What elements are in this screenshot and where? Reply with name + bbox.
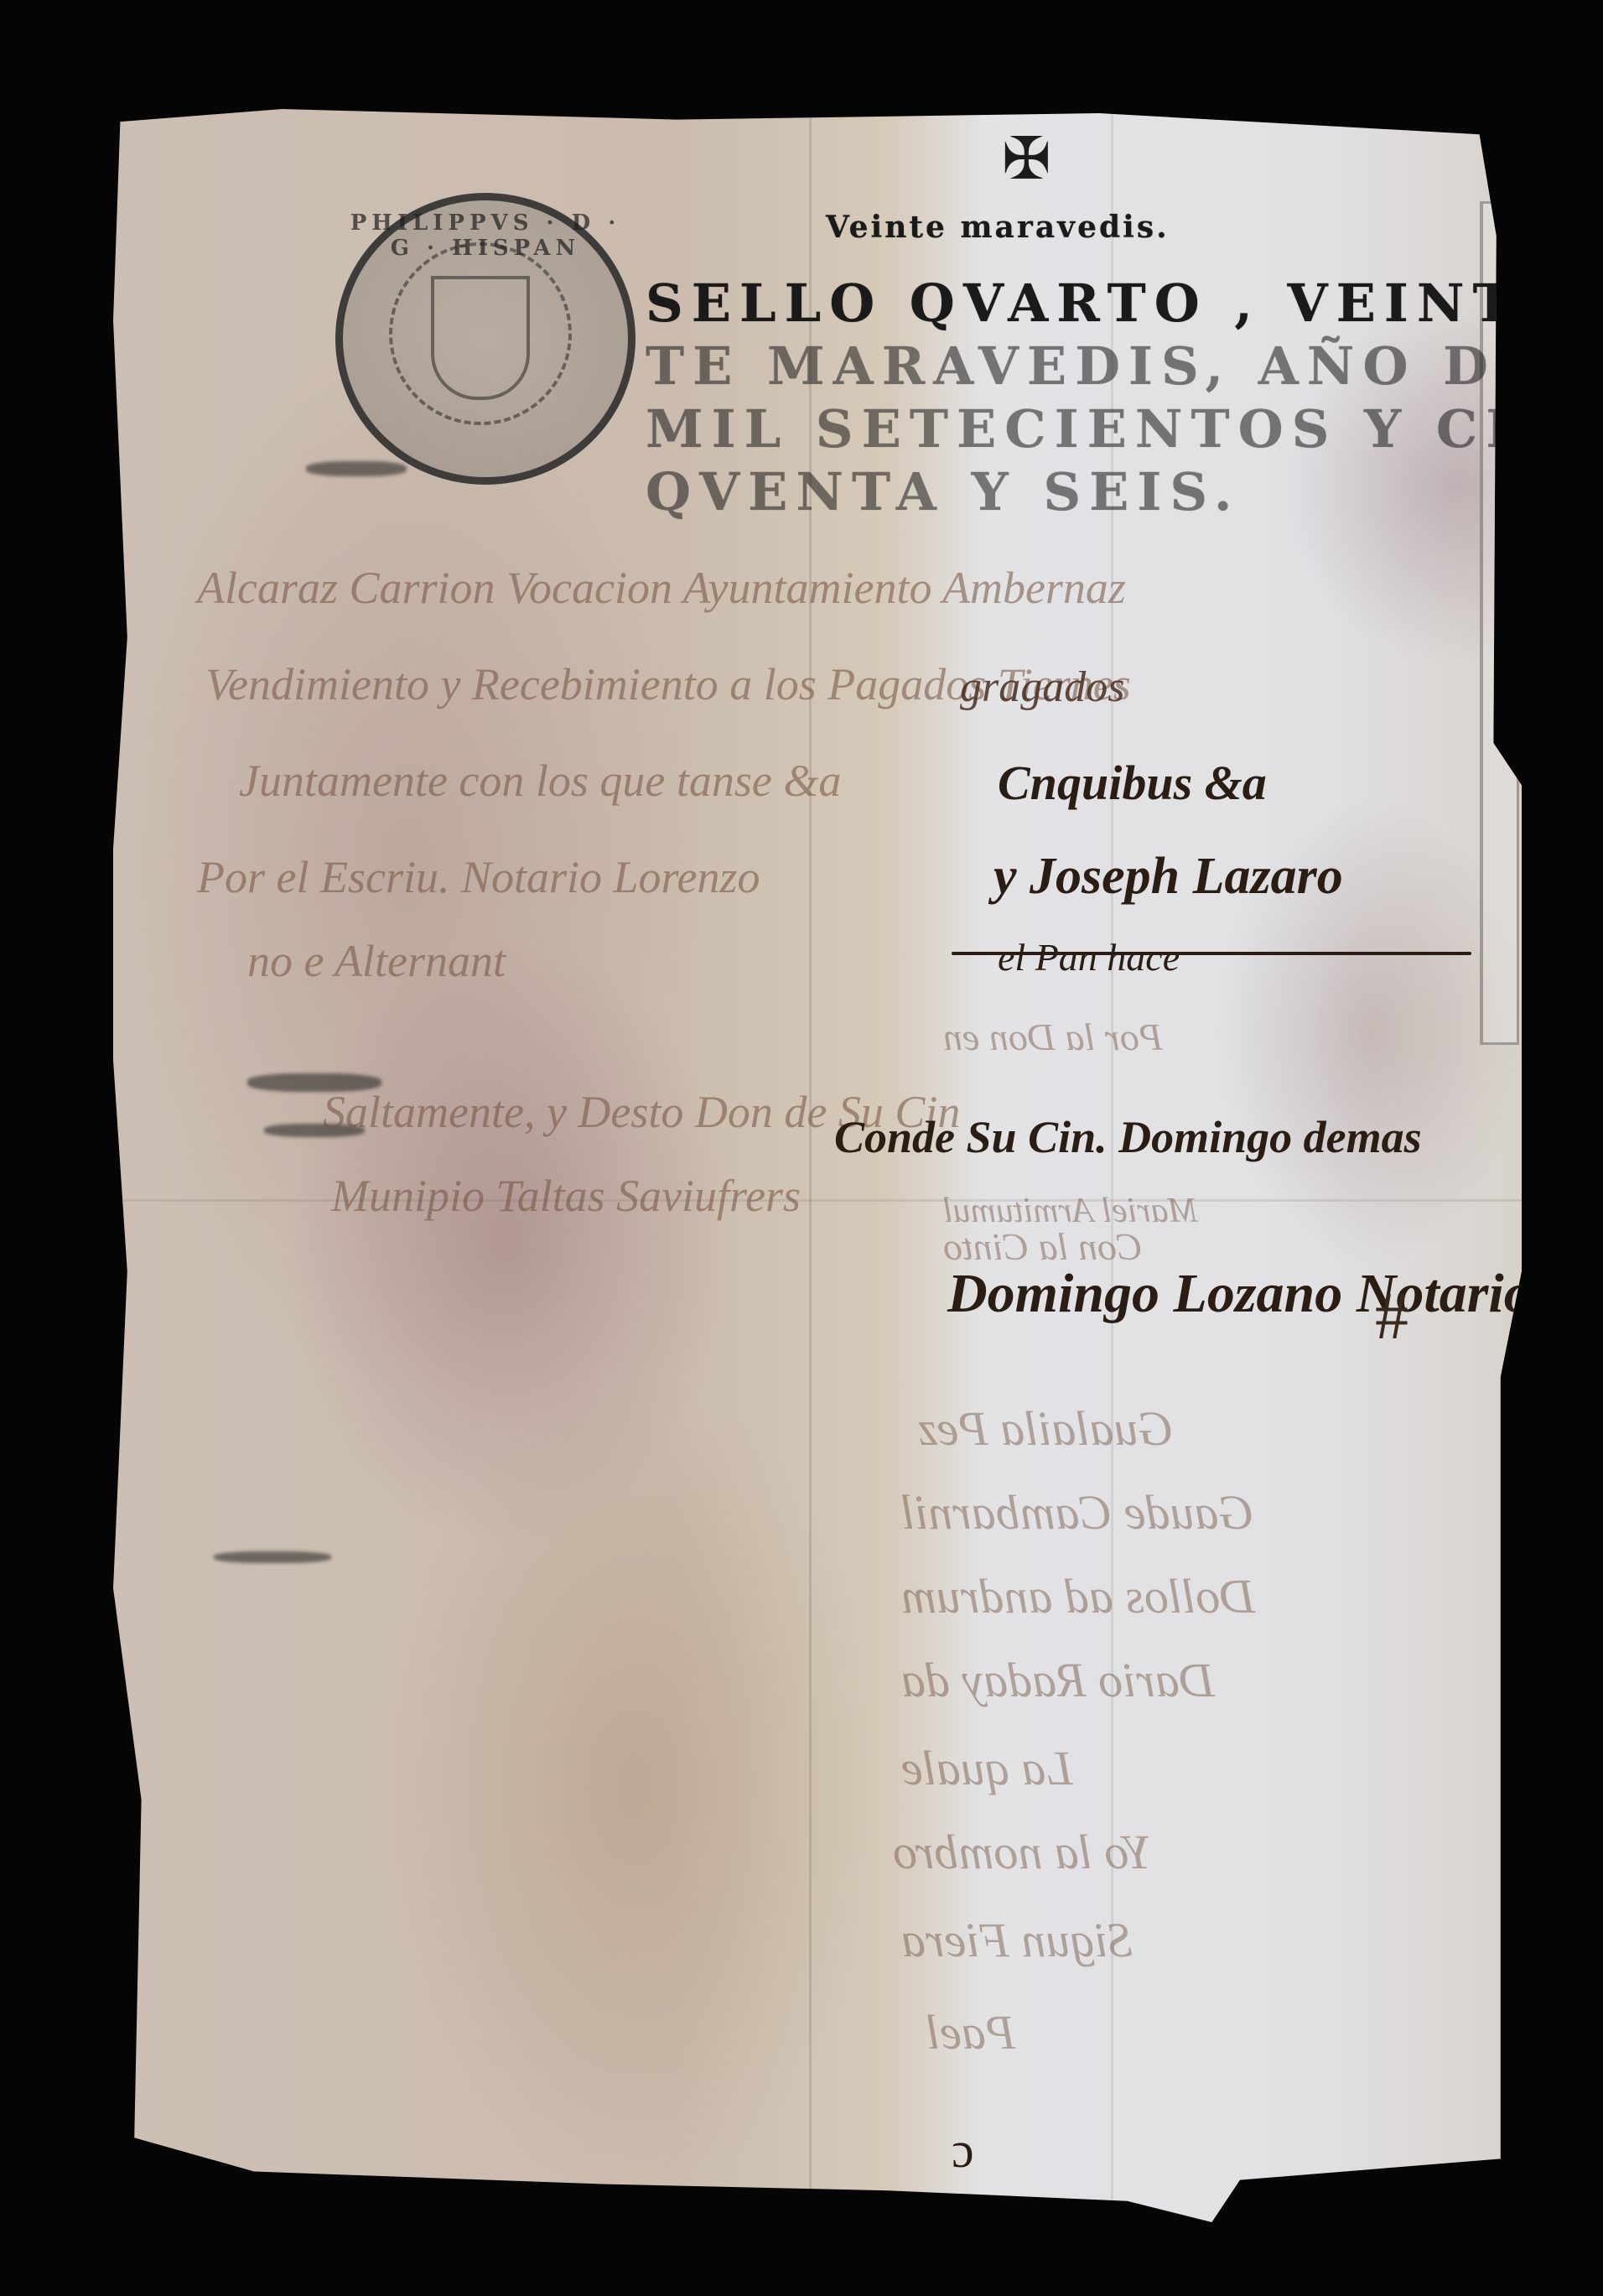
bleed-through-line: Gaude Cambarnil [901, 1484, 1254, 1540]
manuscript-line-4: Por el Escriu. Notario Lorenzo [197, 851, 760, 903]
royal-seal-stamp: PHILIPPVS · D · G · HISPAN [335, 193, 635, 485]
stamp-line-4: QVENTA Y SEIS. [646, 461, 1241, 522]
manuscript-joseph-lazaro: y Joseph Lazaro [993, 847, 1343, 906]
manuscript-line-5: no e Alternant [247, 935, 506, 987]
horizontal-fold-line [113, 1199, 1522, 1202]
notary-signature: Domingo Lozano Notario [947, 1262, 1532, 1326]
bleed-through-line: Yo la nombro [893, 1824, 1151, 1880]
manuscript-line-1: Alcaraz Carrion Vocacion Ayuntamiento Am… [197, 562, 1126, 614]
stamp-value-line: Veinte maravedis. [826, 210, 1170, 245]
bleed-through-line: Dollos ad andrum [901, 1568, 1255, 1624]
right-edge-flap-middle [1526, 1090, 1569, 1439]
bleed-through-line: Por la Don en [943, 1015, 1163, 1059]
bleed-through-line: La quale [901, 1740, 1073, 1796]
stamp-line-2: TE MARAVEDIS, AÑO DE [646, 335, 1544, 397]
manuscript-word-gragados: gragados [960, 662, 1124, 712]
document-page: PHILIPPVS · D · G · HISPAN ✠ Veinte mara… [113, 109, 1522, 2222]
bleed-through-line: Gualaila Pez [918, 1400, 1173, 1457]
ink-smudge [306, 461, 407, 476]
stamp-line-1: SELLO QVARTO , VEINTE [646, 273, 1568, 334]
seal-shield-icon [431, 276, 530, 400]
notary-rubric-icon: # [1375, 1279, 1408, 1355]
ink-smudge [214, 1551, 331, 1563]
manuscript-domingo-demas: Conde Su Cin. Domingo demas [834, 1111, 1422, 1163]
manuscript-el-pan: el Pan hace [998, 935, 1180, 979]
bleed-through-line: Dario Raday da [901, 1652, 1215, 1708]
underline-rule [952, 952, 1471, 955]
stamp-line-3: MIL SETECIENTOS Y CIN- [646, 398, 1603, 460]
ink-hook-mark-icon: ɔ [952, 2122, 974, 2179]
manuscript-line-7: Munipio Taltas Saviufrers [331, 1170, 801, 1222]
bleed-through-line: Pael [926, 2004, 1015, 2060]
cross-icon: ✠ [1002, 124, 1051, 193]
manuscript-cnquibus: Cnquibus &a [998, 755, 1267, 811]
bleed-through-line: Sigun Fiera [901, 1912, 1132, 1968]
bleed-through-line: Con la Cinto [943, 1224, 1143, 1269]
manuscript-line-3: Juntamente con los que tanse &a [239, 755, 841, 807]
